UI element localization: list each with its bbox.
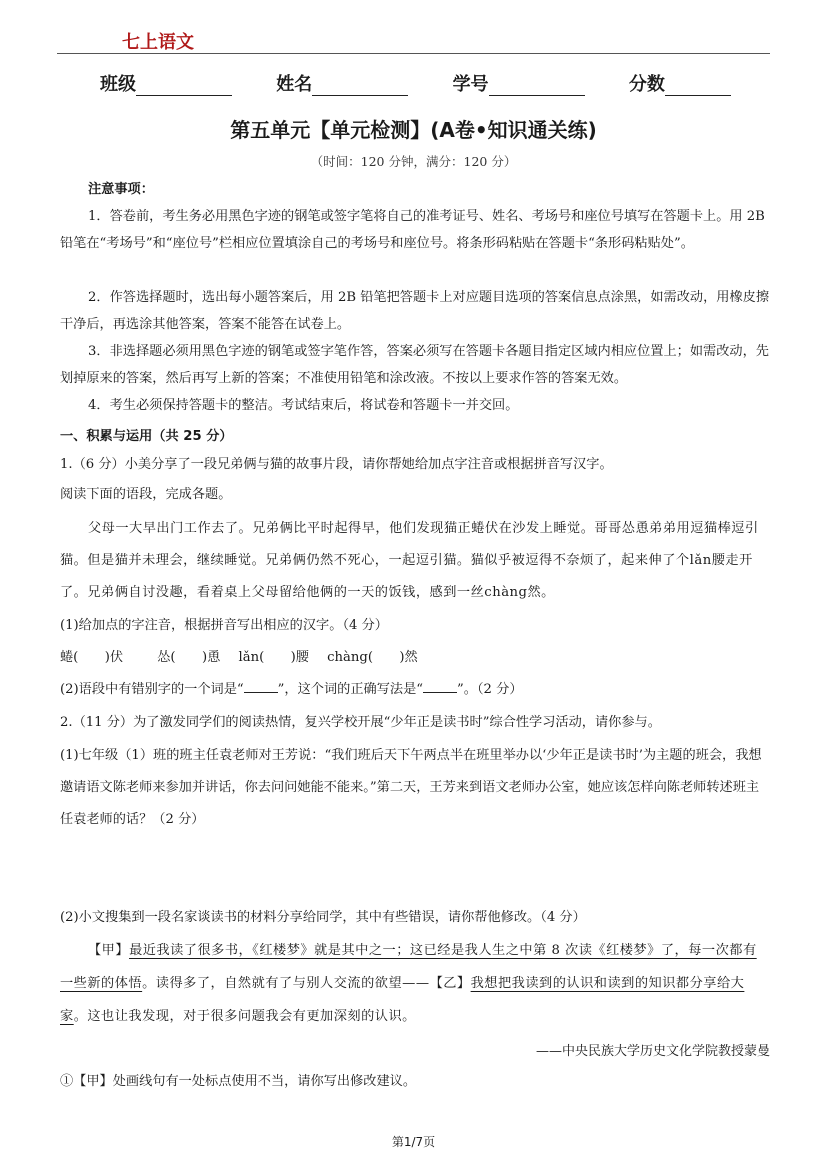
q2-sub1: (1)七年级（1）班的班主任袁老师对王芳说：“我们班后天下午两点半在班里举办以‘… <box>60 740 770 836</box>
q2-material: 【甲】最近我读了很多书，《红楼梦》就是其中之一；这已经是我人生之中第 8 次读《… <box>60 934 770 1033</box>
blank-2[interactable]: 怂( )恿 <box>157 650 220 665</box>
exam-subtitle: （时间：120 分钟，满分：120 分） <box>0 152 827 170</box>
student-info-fields: 班级 姓名 学号 分数 <box>100 70 769 96</box>
blank-3[interactable]: lǎn( )腰 <box>239 650 309 665</box>
wrong-word-blank[interactable] <box>244 680 278 693</box>
blank-1[interactable]: 蜷( )伏 <box>60 650 123 665</box>
q1-sub1: (1)给加点的字注音，根据拼音写出相应的汉字。（4 分） <box>60 612 770 639</box>
class-field[interactable]: 班级 <box>100 70 232 96</box>
student-id-field[interactable]: 学号 <box>453 70 585 96</box>
q2-sub2-q1: ①【甲】处画线句有一处标点使用不当，请你写出修改建议。 <box>60 1068 770 1095</box>
exam-title: 第五单元【单元检测】(A卷•知识通关练) <box>0 114 827 143</box>
material-source: ——中央民族大学历史文化学院教授蒙曼 <box>536 1040 770 1059</box>
correct-word-blank[interactable] <box>423 680 457 693</box>
header-divider <box>57 53 770 54</box>
q1-sub1-blanks: 蜷( )伏 怂( )恿 lǎn( )腰 chàng( )然 <box>60 644 770 671</box>
subject-header: 七上语文 <box>122 28 194 54</box>
notice-heading: 注意事项： <box>88 176 798 203</box>
page-number: 第1/7页 <box>0 1133 827 1150</box>
name-field[interactable]: 姓名 <box>276 70 408 96</box>
q2-sub2: (2)小文搜集到一段名家谈读书的材料分享给同学，其中有些错误，请你帮他修改。（4… <box>60 904 770 931</box>
notice-item-1: 1．答卷前，考生务必用黑色字迹的钢笔或签字笔将自己的准考证号、姓名、考场号和座位… <box>60 203 770 257</box>
q1-stem: 1.（6 分）小美分享了一段兄弟俩与猫的故事片段，请你帮她给加点字注音或根据拼音… <box>60 451 770 478</box>
q1-sub2: (2)语段中有错别字的一个词是“”，这个词的正确写法是“”。（2 分） <box>60 676 770 703</box>
q2-stem: 2.（11 分）为了激发同学们的阅读热情，复兴学校开展“少年正是读书时”综合性学… <box>60 709 770 736</box>
q1-instruction: 阅读下面的语段，完成各题。 <box>60 481 770 508</box>
section-1-heading: 一、积累与运用（共 25 分） <box>60 423 770 450</box>
blank-4[interactable]: chàng( )然 <box>327 650 418 665</box>
notice-item-3: 3．非选择题必须用黑色字迹的钢笔或签字笔作答，答案必须写在答题卡各题目指定区域内… <box>60 338 770 392</box>
notice-item-4: 4．考生必须保持答题卡的整洁。考试结束后，将试卷和答题卡一并交回。 <box>60 392 770 419</box>
score-field[interactable]: 分数 <box>629 70 731 96</box>
notice-item-2: 2．作答选择题时，选出每小题答案后，用 2B 铅笔把答题卡上对应题目选项的答案信… <box>60 284 770 338</box>
q1-passage: 父母一大早出门工作去了。兄弟俩比平时起得早，他们发现猫正蜷伏在沙发上睡觉。哥哥怂… <box>60 513 770 609</box>
